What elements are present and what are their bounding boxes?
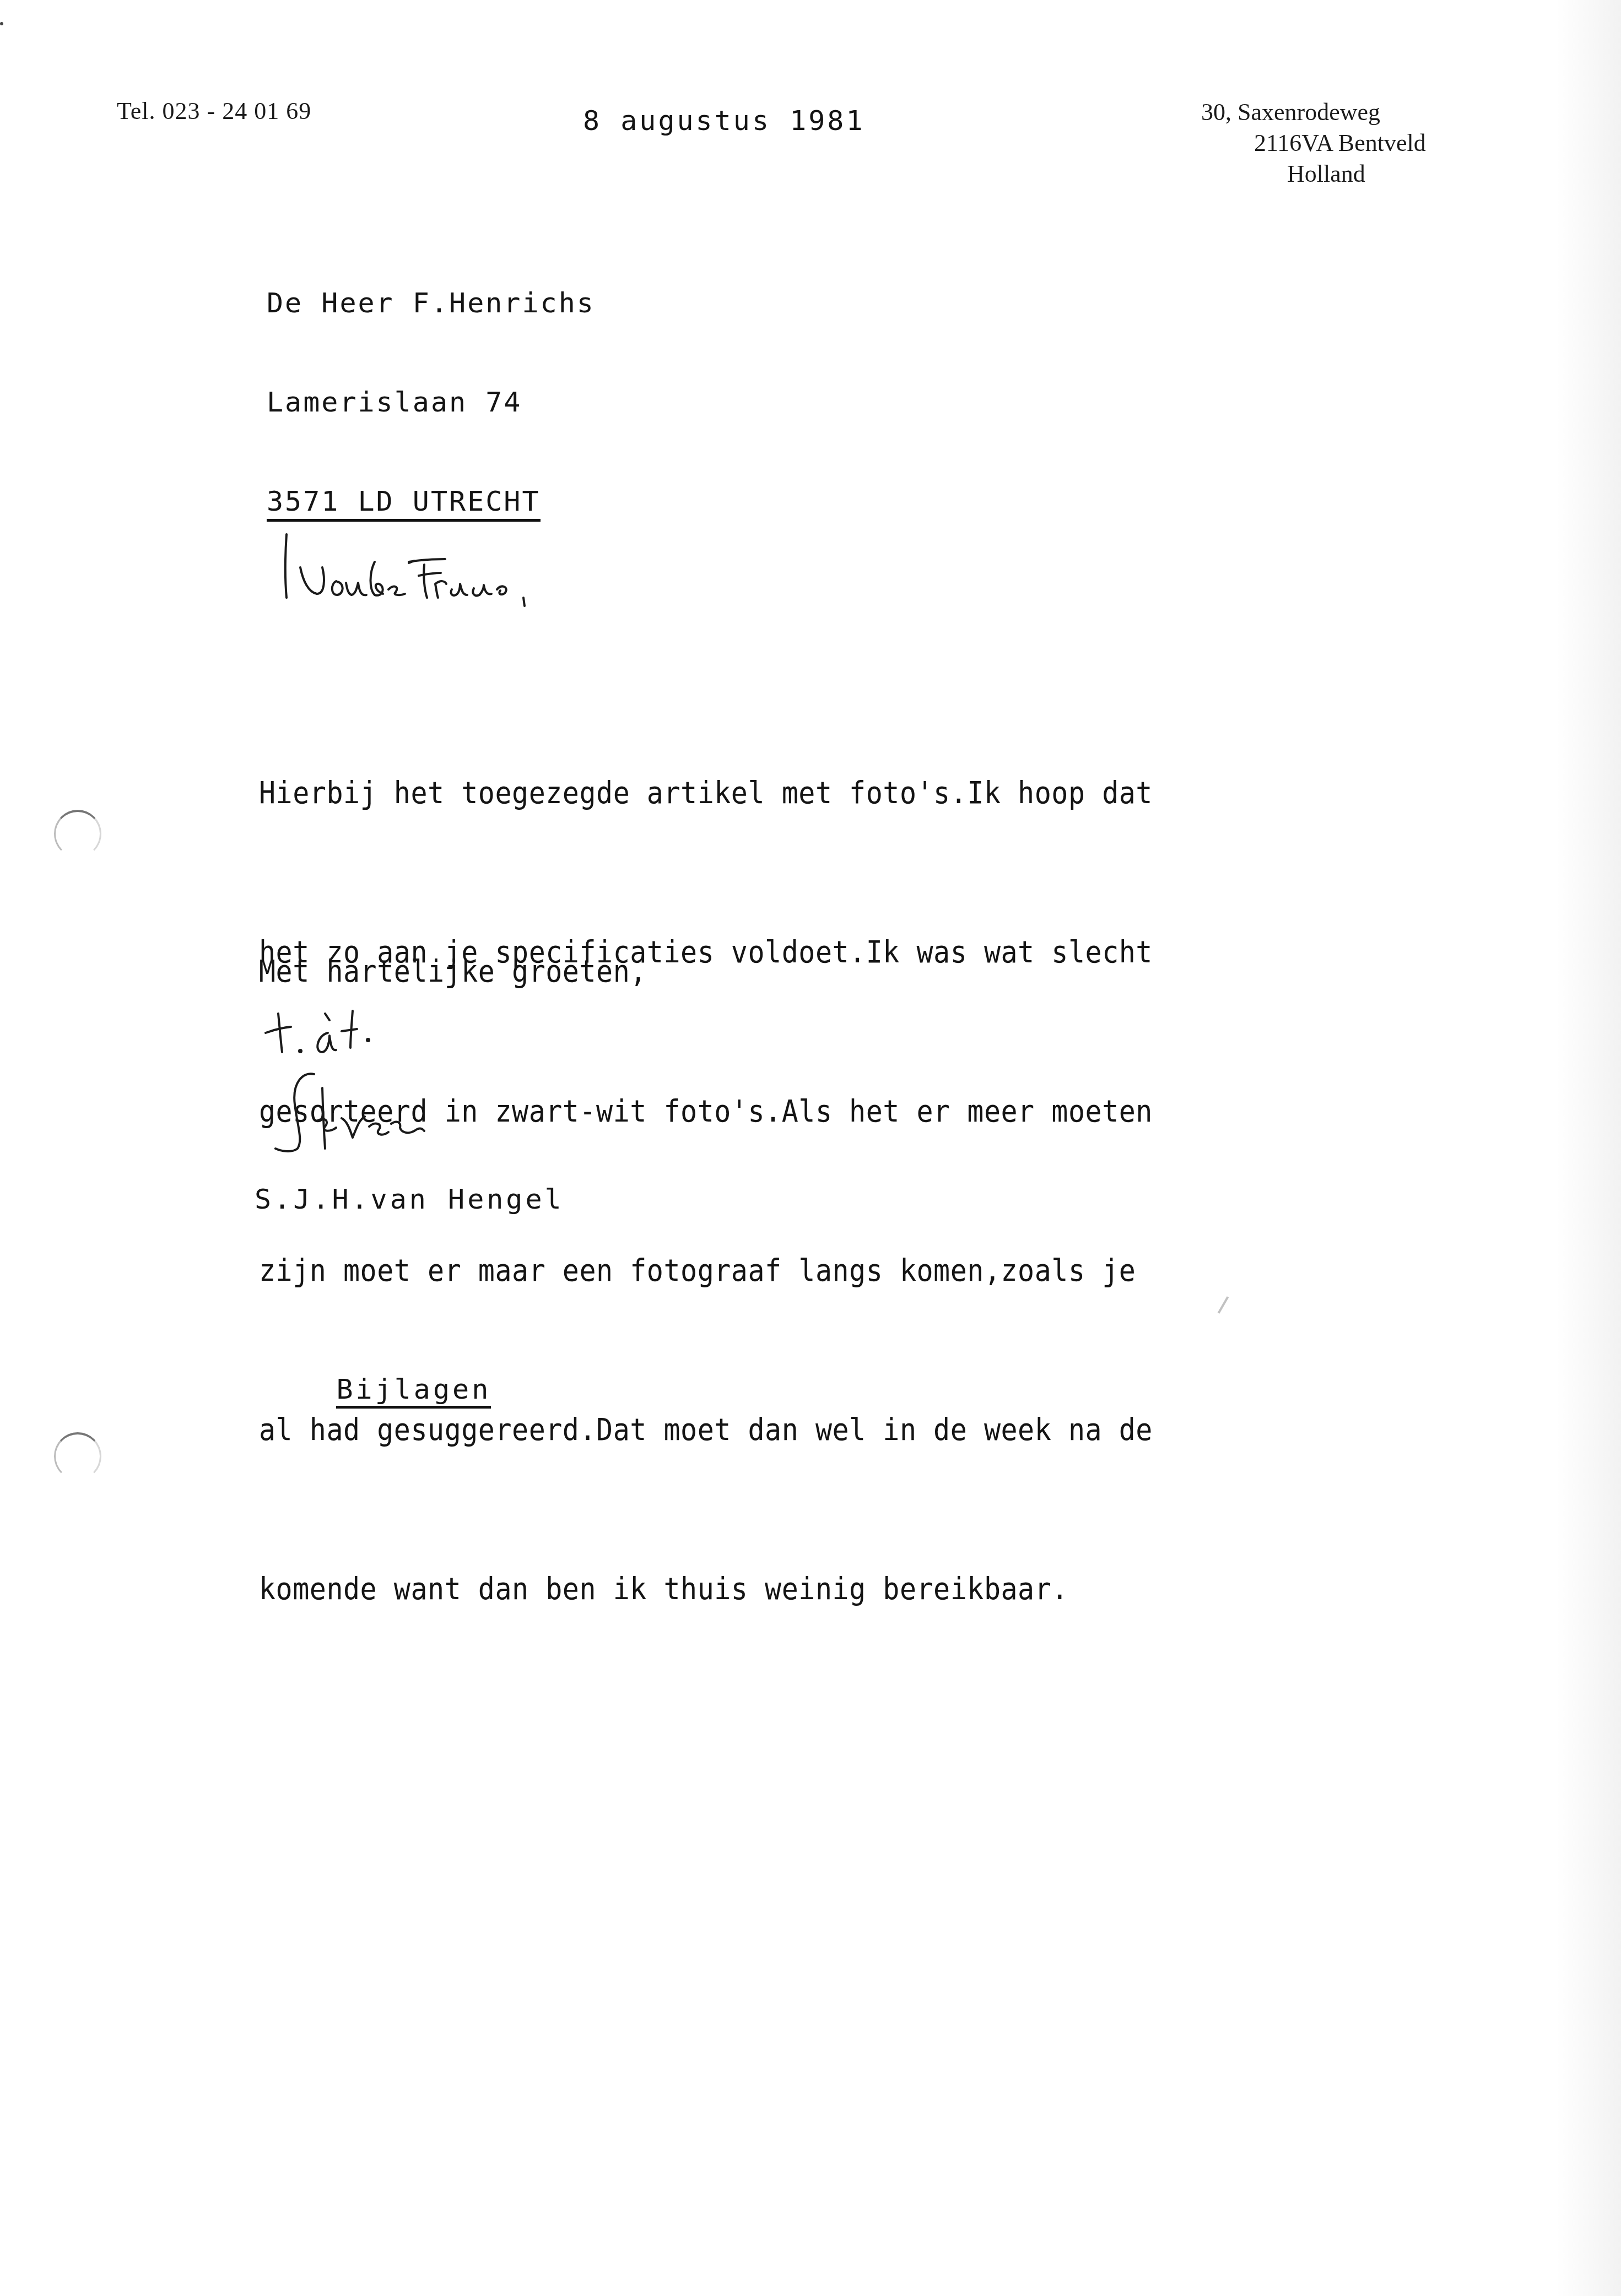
letter-date: 8 augustus 1981 <box>583 105 865 137</box>
enclosures-text: Bijlagen <box>336 1373 491 1409</box>
recipient-postcode-city: 3571 LD UTRECHT <box>267 485 541 522</box>
letterhead-postcode-city: 2116VA Bentveld <box>1201 128 1426 159</box>
body-line: komende want dan ben ik thuis weinig ber… <box>259 1562 1153 1615</box>
scan-stray-mark <box>1218 1296 1229 1313</box>
letterhead-country: Holland <box>1201 159 1426 189</box>
letterhead-street: 30, Saxenrodeweg <box>1201 97 1426 128</box>
letterhead-address: 30, Saxenrodeweg 2116VA Bentveld Holland <box>1201 97 1426 189</box>
handwritten-abbreviation <box>259 1003 446 1063</box>
letterhead-telephone: Tel. 023 - 24 01 69 <box>117 97 311 125</box>
body-line: zijn moet er maar een fotograaf langs ko… <box>259 1244 1153 1297</box>
recipient-name: De Heer F.Henrichs <box>267 286 595 320</box>
punch-hole-mark <box>54 810 101 858</box>
letter-page: Tel. 023 - 24 01 69 8 augustus 1981 30, … <box>0 0 1621 2296</box>
enclosures-label: Bijlagen <box>259 1341 491 1441</box>
closing-phrase: Met hartelijke groeten, <box>259 953 647 989</box>
handwritten-signature <box>270 1066 490 1160</box>
scan-edge-shadow <box>1555 0 1621 2296</box>
scan-speck <box>0 22 3 25</box>
signer-name: S.J.H.van Hengel <box>255 1183 564 1215</box>
body-line: Hierbij het toegezegde artikel met foto'… <box>259 766 1153 819</box>
recipient-street: Lamerislaan 74 <box>267 386 595 419</box>
punch-hole-mark <box>54 1432 101 1480</box>
handwritten-salutation <box>270 529 678 611</box>
